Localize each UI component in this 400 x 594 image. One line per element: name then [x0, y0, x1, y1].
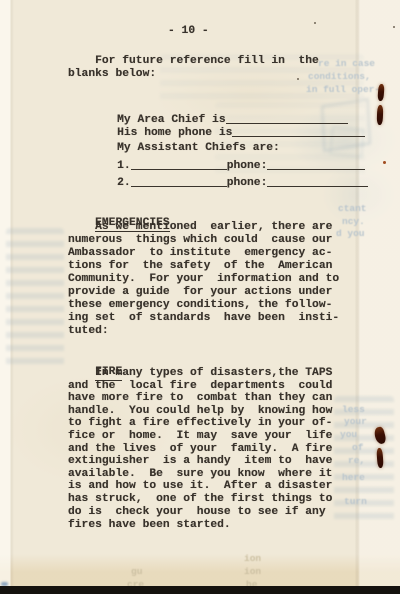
- bleedthrough-fragment: of: [352, 442, 363, 453]
- form-row-assistants: My Assistant Chiefs are:: [90, 130, 280, 143]
- page-number: - 10 -: [168, 25, 209, 38]
- form-row-assistant-2: 2.phone:: [90, 164, 368, 177]
- bleedthrough-fragment: turn: [344, 496, 367, 507]
- form-row-assistant-1: 1.phone:: [90, 147, 365, 160]
- bleedthrough-fragment: you: [340, 429, 357, 440]
- bleedthrough-fragment: ion: [244, 566, 261, 577]
- assistant-2-number: 2.: [117, 177, 131, 189]
- emergencies-paragraph: As we mentioned earlier, there are numer…: [68, 221, 339, 338]
- scanned-document-page: re in caseconditions,in full oper-ctantn…: [0, 0, 400, 594]
- paper-speck: [297, 78, 299, 80]
- staple-rust-mark: [373, 426, 387, 445]
- bleedthrough-fragment: ctant: [338, 203, 367, 214]
- bleedthrough-fragment: in full oper-: [306, 84, 380, 95]
- fire-paragraph-last-line: fires have been started.: [68, 519, 231, 532]
- bleedthrough-fragment: your: [344, 416, 367, 427]
- staple-rust-mark: [376, 448, 383, 468]
- fire-paragraph: In many types of disasters,the TAPS and …: [68, 367, 332, 518]
- bleedthrough-fragment: d you: [336, 228, 365, 239]
- scan-edge-bar: [0, 586, 400, 594]
- bleedthrough-fragment: ncy.: [342, 216, 365, 227]
- rust-speck: [383, 161, 386, 164]
- staple-rust-mark: [377, 84, 384, 101]
- assistant-2-name-blank: [131, 176, 227, 187]
- bleedthrough-fragment: gu: [131, 566, 142, 577]
- form-row-area-chief: My Area Chief is: [90, 101, 348, 114]
- bleedthrough-fragment: here: [342, 472, 365, 483]
- form-row-home-phone: His home phone is: [90, 114, 365, 127]
- paper-speck: [393, 26, 395, 28]
- bleedthrough-fragment: re in case: [318, 58, 375, 69]
- intro-paragraph: For future reference fill in the blanks …: [68, 55, 319, 81]
- bleedthrough-fragment: re,: [348, 455, 365, 466]
- bleedthrough-fragment: ion: [244, 553, 261, 564]
- staple-rust-mark: [377, 105, 384, 125]
- assistant-2-phone-blank: [267, 176, 368, 187]
- bleedthrough-streaks-right: [334, 396, 394, 524]
- bleedthrough-streaks-left: [6, 228, 64, 366]
- bleedthrough-fragment: less: [342, 404, 365, 415]
- paper-speck: [314, 22, 316, 24]
- assistant-2-phone-label: phone:: [227, 177, 268, 189]
